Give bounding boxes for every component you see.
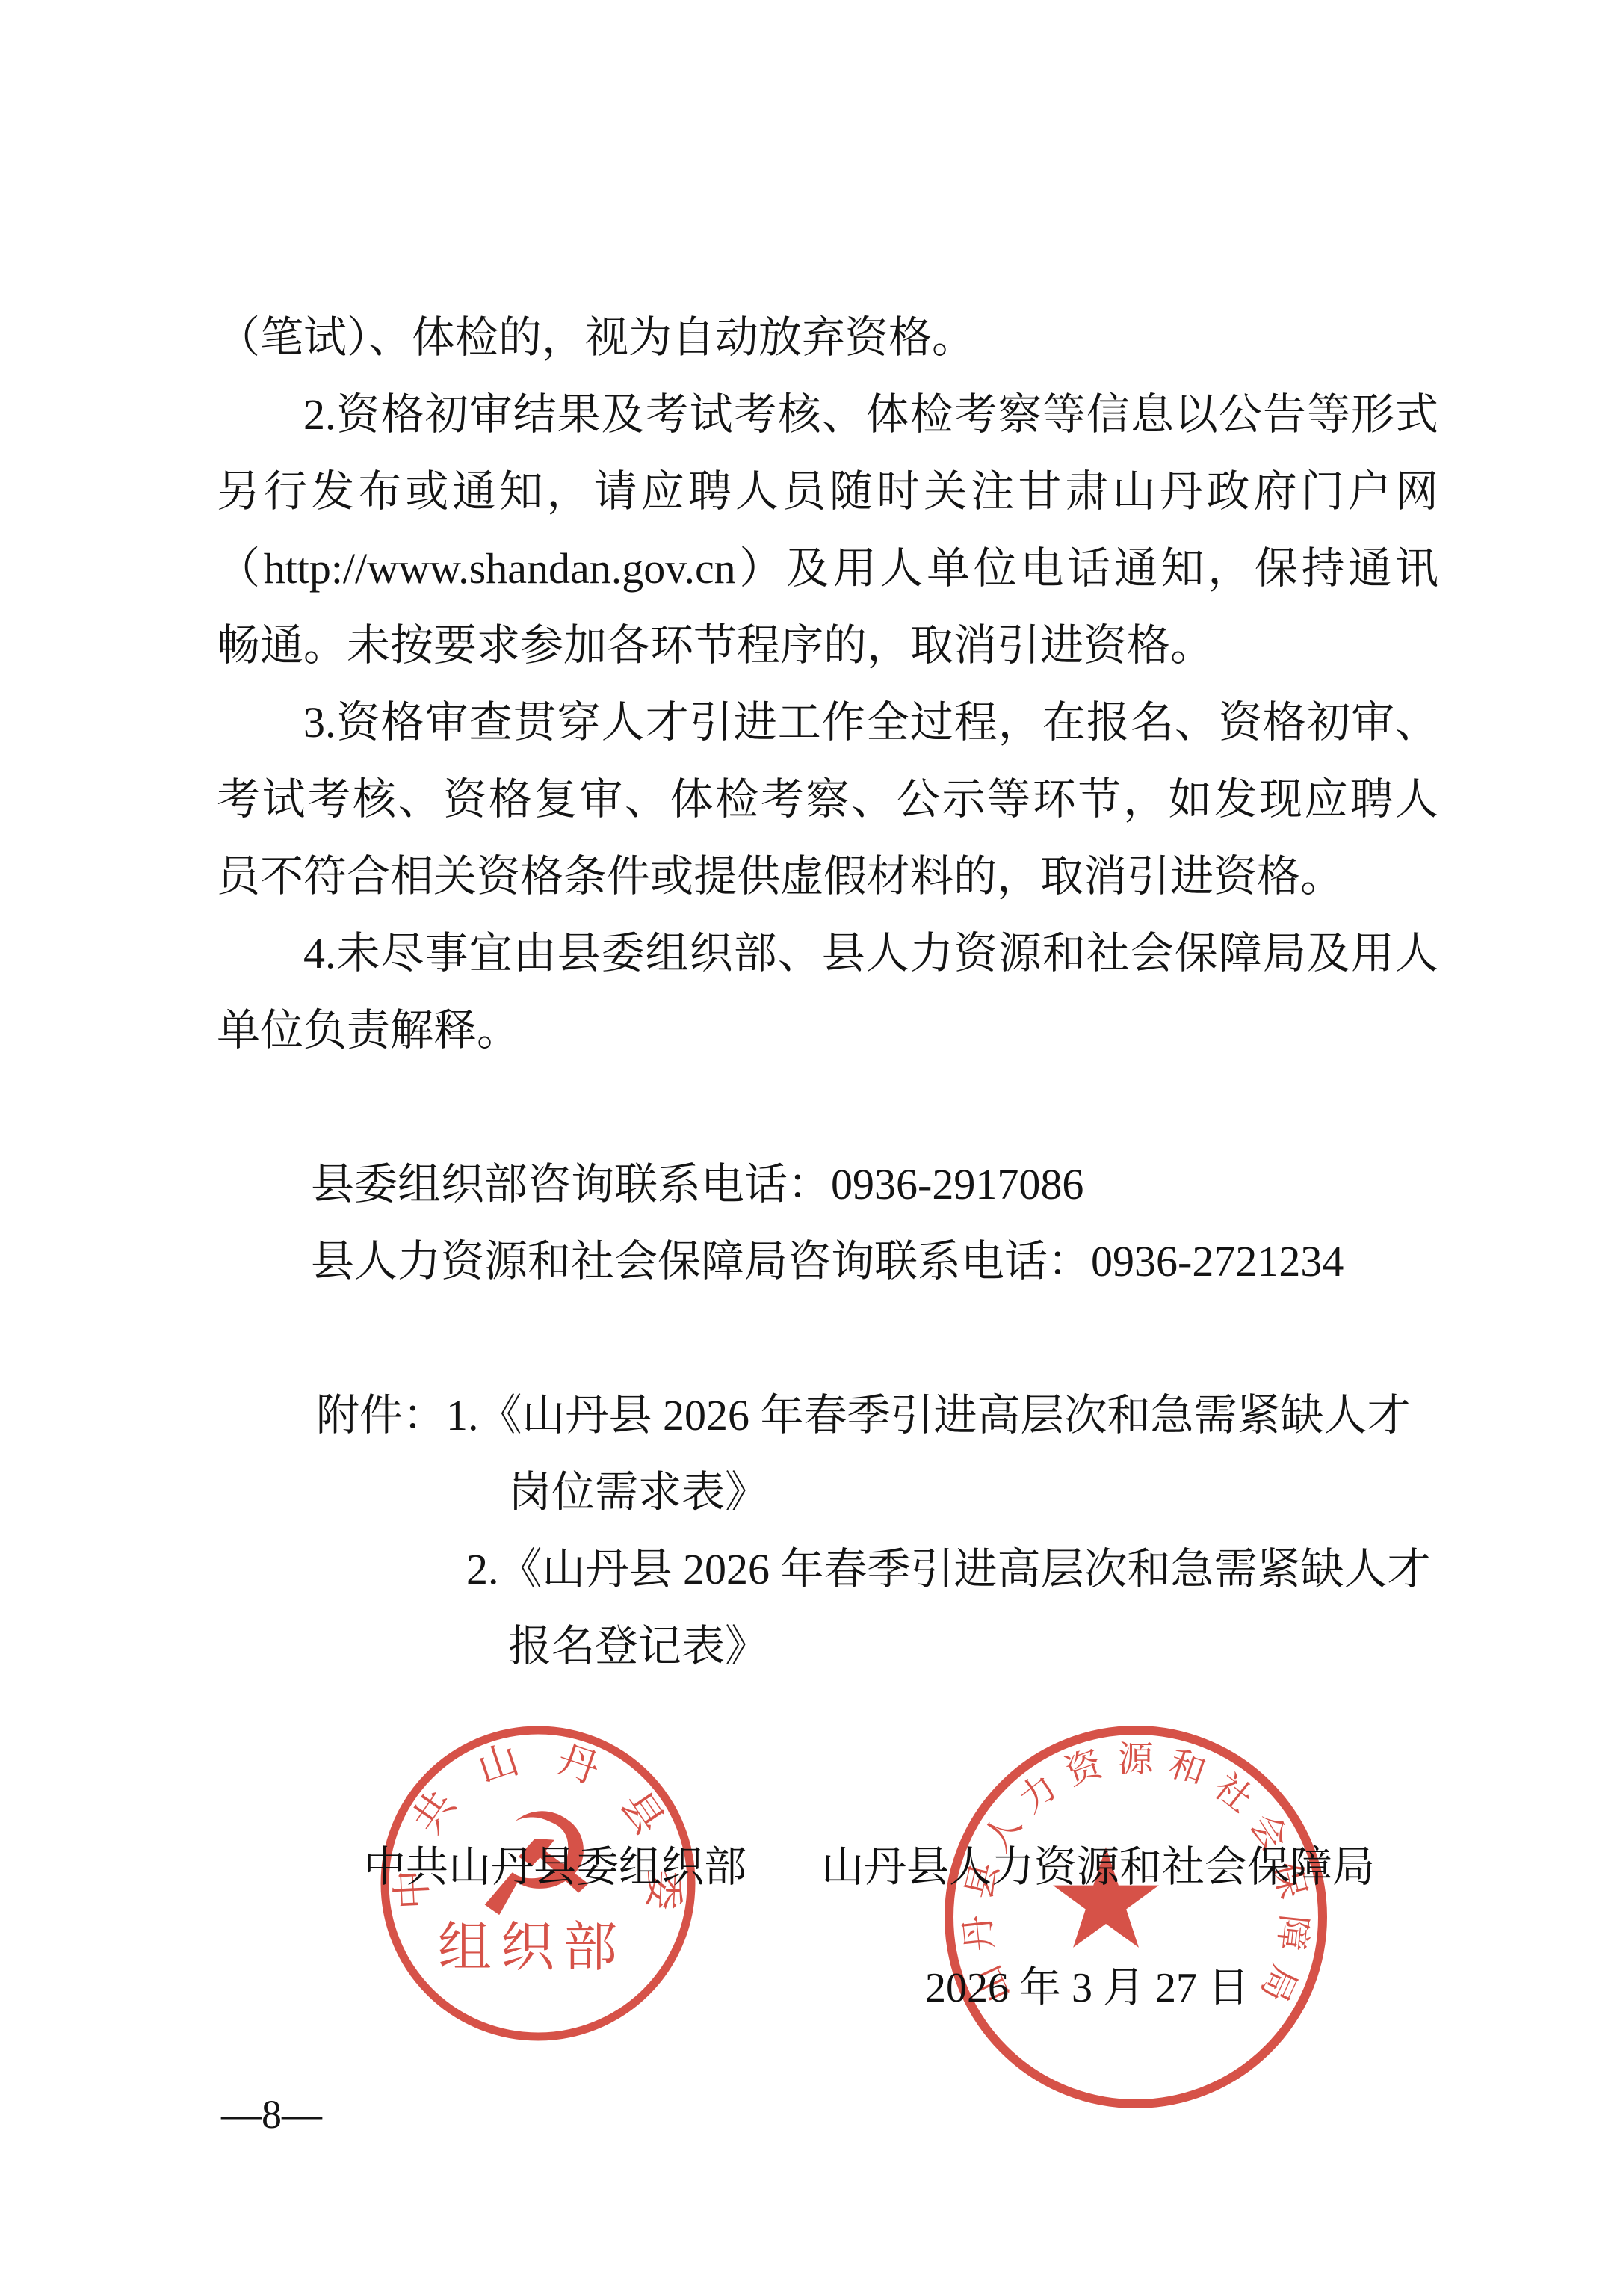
contact-line-org-dept: 县委组织部咨询联系电话：0936-2917086 (311, 1146, 1438, 1223)
attachment-line-1: 附件：1.《山丹县 2026 年春季引进高层次和急需紧缺人才 (316, 1377, 1438, 1454)
body-line-2: 2.资格初审结果及考试考核、体检考察等信息以公告等形式 (217, 376, 1438, 453)
star-icon: ★ (1044, 1818, 1168, 1980)
body-line-5: 畅通。未按要求参加各环节程序的，取消引进资格。 (217, 607, 1438, 684)
issue-date: 2026 年 3 月 27 日 (925, 1967, 1249, 2009)
body-line-9: 4.未尽事宜由县委组织部、县人力资源和社会保障局及用人 (217, 915, 1438, 992)
body-line-4: （http://www.shandan.gov.cn）及用人单位电话通知，保持通… (217, 530, 1438, 607)
body-line-3: 另行发布或通知，请应聘人员随时关注甘肃山丹政府门户网 (217, 453, 1438, 530)
body-line-8: 员不符合相关资格条件或提供虚假材料的，取消引进资格。 (217, 838, 1438, 915)
body-line-1: （笔试）、体检的，视为自动放弃资格。 (217, 299, 1438, 376)
body-line-6: 3.资格审查贯穿人才引进工作全过程，在报名、资格初审、 (217, 684, 1438, 761)
document-page: 中共山丹县委 ☭ 组织部 山丹县人力资源和社会保障局 ★ （笔试）、体检的，视为… (0, 0, 1623, 2296)
page-number: —8— (221, 2094, 322, 2135)
contact-block: 县委组织部咨询联系电话：0936-2917086 县人力资源和社会保障局咨询联系… (217, 1146, 1438, 1300)
signature-orgs-row: 中共山丹县委组织部 山丹县人力资源和社会保障局 (363, 1846, 1375, 1889)
contact-line-hr-bureau: 县人力资源和社会保障局咨询联系电话：0936-2721234 (311, 1223, 1438, 1300)
seal-bottom-text: 组织部 (438, 1918, 626, 1978)
body-line-10: 单位负责解释。 (217, 992, 1438, 1069)
seal-hr-social-security-bureau: 山丹县人力资源和社会保障局 ★ (938, 1719, 1334, 2115)
attachment-line-2: 2.《山丹县 2026 年春季引进高层次和急需紧缺人才 (466, 1531, 1438, 1608)
attachment-line-2-cont: 报名登记表》 (508, 1608, 1438, 1685)
attachment-line-1-cont: 岗位需求表》 (508, 1454, 1438, 1531)
body-text: （笔试）、体检的，视为自动放弃资格。 2.资格初审结果及考试考核、体检考察等信息… (217, 299, 1438, 1685)
body-line-7: 考试考核、资格复审、体检考察、公示等环节，如发现应聘人 (217, 761, 1438, 838)
attachment-block: 附件：1.《山丹县 2026 年春季引进高层次和急需紧缺人才 岗位需求表》 2.… (217, 1377, 1438, 1685)
org-right-name: 山丹县人力资源和社会保障局 (821, 1846, 1375, 1889)
org-left-name: 中共山丹县委组织部 (363, 1846, 746, 1889)
